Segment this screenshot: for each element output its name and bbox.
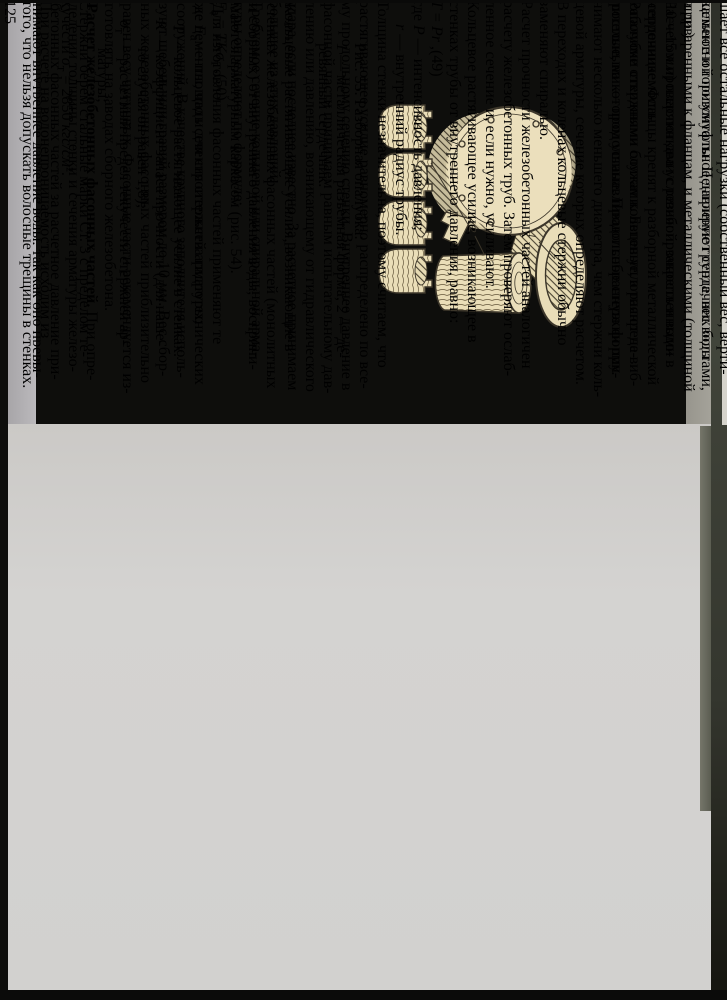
text-line: Кольцевое растягивающее усилие, возникаю…: [463, 0, 481, 397]
text-line: K — коэффициент запаса прочности (для на…: [150, 0, 168, 397]
text-line: матуры;: [93, 0, 111, 397]
scan-frame-bottom: [0, 990, 727, 1000]
paragraph: Кольцевое растягивающее усилие, возникаю…: [445, 0, 481, 397]
text-line: Рабочими стержнями служат кольцевые, а р…: [625, 0, 643, 397]
text-line: кальное и горизонтальное давление грунта…: [697, 0, 715, 397]
text-line: расчету железобетонных труб. Затем прове…: [499, 0, 517, 397]
text-line: Требуемое сечение кольцевой или спиральн…: [247, 0, 265, 397]
text-line: Расчет прочности железобетонных частей а…: [517, 0, 535, 397]
page-number-125: 125: [0, 0, 18, 397]
text-line: удара, если последнее известно. За расче…: [283, 0, 301, 397]
text-line: При расчете на водонепроницаемость исход…: [36, 0, 54, 397]
text-line: где P — интенсивность давления;: [409, 0, 427, 397]
text-line: Расчетом проверяют два условия: прочност…: [661, 0, 679, 397]
text-line: фасонной части принимаем равным испытате…: [319, 0, 337, 397]
paragraph: Требуемое сечение кольцевой или спиральн…: [229, 0, 265, 397]
paragraph: Толщина стенки незначительна, поэтому сч…: [265, 0, 391, 397]
paragraph: Расчетом проверяют два условия: прочност…: [643, 0, 679, 397]
text-line: В переходах и коленах кольцевые стержни …: [553, 0, 571, 397]
text-line: кучести σт = 2850 кгс/см².: [54, 0, 75, 397]
page-125: шает все остальные нагрузки (собственный…: [0, 0, 397, 733]
text-line: лению или давлению, возникающему от гидр…: [301, 0, 319, 397]
text-line: непроницаемость.: [643, 0, 661, 397]
text-line: того, что нельзя допускать волосные трещ…: [18, 0, 36, 397]
text-line: туры определяют по формуле:: [229, 0, 247, 397]
text-line: заменяют спиралью.: [535, 0, 553, 397]
text-line: σт — расчетный предел текучести стержней…: [111, 0, 132, 397]
text-line: Стержни берем стальные марки Ст. 3 с пре…: [75, 0, 93, 397]
text-line: и др.).: [679, 0, 697, 397]
text-line: большее из этих давлений.: [265, 0, 283, 397]
paragraph: где Fа — площадь сечения стержней армату…: [93, 0, 207, 397]
text-line: Толщина стенки незначительна, поэтому сч…: [373, 0, 391, 397]
formula: Fа = TKσт ,(50): [208, 0, 229, 397]
text-line: T — кольцевое растягивающее усилие в сте…: [168, 0, 186, 397]
text-line: цевой арматуры, сечение которых определя…: [571, 0, 589, 397]
text-line: растягивающее усилие равномерно распреде…: [355, 0, 373, 397]
paragraph: шает все остальные нагрузки (собственный…: [679, 0, 727, 397]
text-line: нимают несколько меньшего диаметра, чем …: [589, 0, 607, 397]
formula: T = Pr ,(49): [427, 0, 445, 397]
paragraph: При расчете на водонепроницаемость исход…: [18, 0, 54, 397]
text-line: го случая он равен 1,8);: [132, 0, 150, 397]
text-line: где Fа — площадь сечения стержней армату…: [186, 0, 207, 397]
page-125-text: шает все остальные нагрузки (собственный…: [18, 0, 727, 397]
paragraph: Расчет прочности железобетонных частей а…: [481, 0, 535, 397]
book-scan: цементной полумуфты. Центрируют сердечни…: [0, 0, 727, 1000]
paragraph: В переходах и коленах кольцевые стержни …: [535, 0, 571, 397]
text-line: му продольному сечению стенки. Внутренне…: [337, 0, 355, 397]
text-line: стенках трубы от внутреннего давления, р…: [445, 0, 463, 397]
paragraph: Рабочими стержнями служат кольцевые, а р…: [571, 0, 643, 397]
text-line: ленное сечение и, если нужно, усиливают.: [481, 0, 499, 397]
text-line: лительными — продольные. Продольные стер…: [607, 0, 625, 397]
text-line: шает все остальные нагрузки (собственный…: [715, 0, 727, 397]
paragraph: Стержни берем стальные марки Ст. 3 с пре…: [54, 0, 93, 397]
paragraph: где P — интенсивность давления; r — внут…: [391, 0, 427, 397]
text-line: r — внутренний радиус трубы.: [391, 0, 409, 397]
scan-frame-top: [0, 0, 727, 3]
